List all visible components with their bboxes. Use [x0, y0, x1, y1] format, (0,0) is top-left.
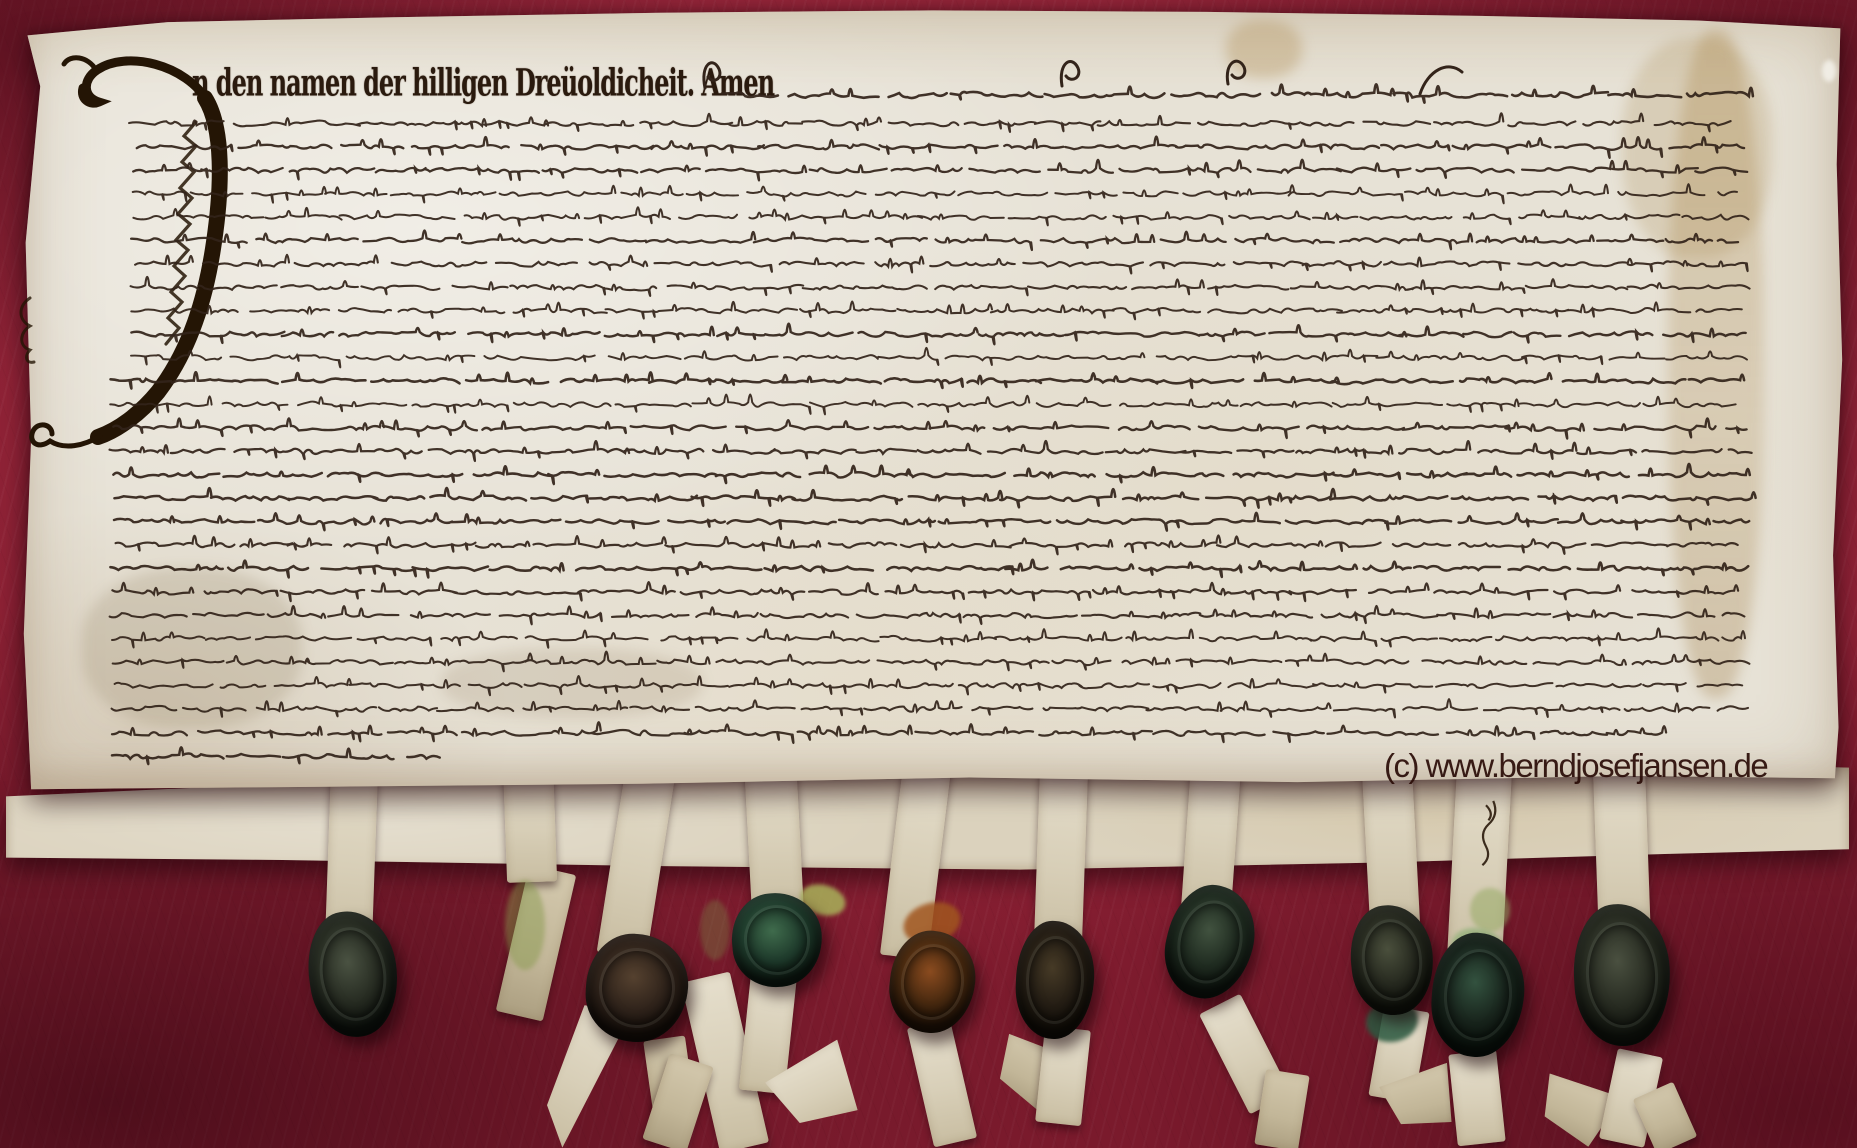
parchment-tail: [1035, 1026, 1091, 1126]
seal-relief-ring: [1584, 921, 1660, 1030]
photograph-of-parchment-charter: n den namen der hilligen Dreüoldicheit. …: [0, 0, 1857, 1148]
seal-relief-ring: [1441, 947, 1515, 1043]
manuscript-line: [112, 722, 1666, 743]
manuscript-line: [114, 488, 1755, 508]
manuscript-line: [133, 184, 1737, 203]
seal-relief-ring: [1025, 935, 1086, 1024]
manuscript-line: [129, 113, 1731, 132]
charter-heading: n den namen der hilligen Dreüoldicheit. …: [192, 60, 774, 105]
parchment-sheet: [22, 8, 1844, 790]
wax-residue-stain: [700, 900, 730, 960]
heading-text: n den namen der hilligen Dreüoldicheit. …: [192, 60, 774, 105]
initial-letter: [21, 58, 220, 446]
manuscript-line: [112, 628, 1745, 647]
seal-relief-ring: [1169, 893, 1251, 990]
manuscript-line: [113, 652, 1750, 672]
parchment-tag: [597, 754, 678, 959]
manuscript-line: [133, 207, 1748, 225]
manuscript-line: [131, 302, 1742, 320]
manuscript-line: [135, 255, 1748, 274]
seal-5: [1014, 920, 1096, 1041]
seal-relief-ring: [741, 902, 813, 977]
manuscript-line: [131, 277, 1750, 296]
parchment-tag: [503, 759, 557, 883]
wax-residue-stain: [505, 880, 545, 970]
manuscript-line: [131, 324, 1745, 345]
seal-2: [583, 931, 691, 1044]
seal-9: [1570, 902, 1673, 1049]
body-text-lines: [110, 84, 1756, 764]
manuscript-line: [113, 418, 1746, 438]
seal-6: [1154, 876, 1265, 1007]
wax-residue-stain: [1470, 888, 1510, 932]
parchment-tail: [1448, 1050, 1505, 1147]
manuscript-line: [110, 395, 1736, 415]
seal-relief-ring: [897, 941, 967, 1023]
manuscript-line: [131, 348, 1747, 368]
parchment-stain: [1622, 38, 1772, 258]
parchment-stain: [82, 568, 302, 728]
parchment-tail: [907, 1019, 977, 1148]
seal-relief-ring: [597, 946, 677, 1030]
heading-flourishes: [704, 61, 1462, 94]
seal-7: [1345, 901, 1438, 1019]
manuscript-line: [113, 464, 1749, 484]
manuscript-line: [111, 372, 1745, 388]
manuscript-line: [133, 160, 1747, 181]
seal-8: [1428, 930, 1528, 1060]
manuscript-line: [115, 676, 1743, 695]
manuscript-line: [112, 747, 440, 764]
manuscript-line: [110, 606, 1745, 624]
manuscript-line: [110, 560, 1748, 578]
watermark-text: (c) www.berndjosefjansen.de: [1384, 747, 1767, 785]
manuscript-line: [112, 582, 1738, 601]
manuscript-line: [114, 513, 1749, 531]
manuscript-line: [112, 699, 1748, 717]
parchment-stain: [1668, 30, 1764, 698]
manuscript-line: [722, 84, 1753, 103]
parchment-stain: [442, 648, 702, 718]
parchment-stain: [1226, 20, 1302, 78]
manuscript-line: [110, 441, 1752, 461]
manuscript-line: [131, 230, 1738, 249]
manuscript-line: [137, 137, 1744, 158]
seal-1: [301, 905, 406, 1042]
seal-relief-ring: [1358, 916, 1427, 1003]
paper-fuzz: [1822, 60, 1836, 82]
manuscript-line: [116, 535, 1738, 554]
seal-relief-ring: [314, 923, 391, 1024]
